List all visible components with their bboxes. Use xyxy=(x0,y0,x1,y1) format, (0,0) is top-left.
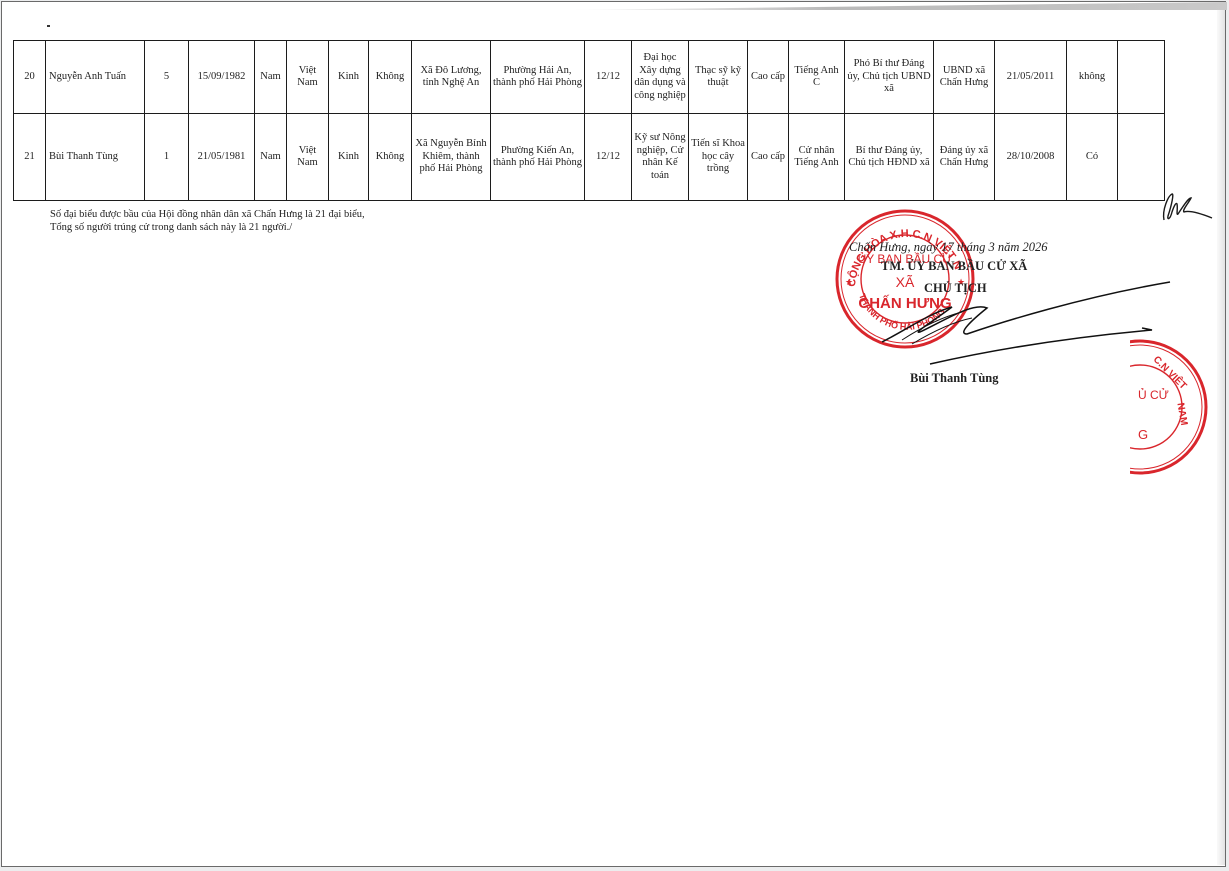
cell-note xyxy=(1118,41,1165,114)
cell-party-join-date: 21/05/2011 xyxy=(995,41,1067,114)
cell-party-join-date: 28/10/2008 xyxy=(995,114,1067,201)
cell-residence: Phường Kiến An, thành phố Hải Phòng xyxy=(491,114,585,201)
cell-religion: Không xyxy=(369,114,412,201)
svg-text:Ủ CỬ: Ủ CỬ xyxy=(1138,387,1169,402)
cell-position: Phó Bí thư Đảng ủy, Chủ tịch UBND xã xyxy=(845,41,934,114)
cell-nationality: Việt Nam xyxy=(287,41,329,114)
table-row: 20 Nguyễn Anh Tuấn 5 15/09/1982 Nam Việt… xyxy=(14,41,1165,114)
cell-residence: Phường Hải An, thành phố Hải Phòng xyxy=(491,41,585,114)
cell-academic-degree: Thạc sỹ kỹ thuật xyxy=(689,41,748,114)
cell-unit: 5 xyxy=(145,41,189,114)
summary-line-elected: Tổng số người trúng cử trong danh sách n… xyxy=(50,222,365,235)
cell-professional-education: Đại học Xây dựng dân dụng và công nghiệp xyxy=(632,41,689,114)
cell-dob: 21/05/1981 xyxy=(189,114,255,201)
place-and-date: Chấn Hưng, ngày 17 tháng 3 năm 2026 xyxy=(849,240,1047,255)
scan-mark xyxy=(47,25,50,27)
cell-general-education: 12/12 xyxy=(585,114,632,201)
cell-professional-education: Kỹ sư Nông nghiệp, Cử nhân Kế toán xyxy=(632,114,689,201)
table-row: 21 Bùi Thanh Tùng 1 21/05/1981 Nam Việt … xyxy=(14,114,1165,201)
cell-gender: Nam xyxy=(255,41,287,114)
scan-edge xyxy=(1217,10,1225,865)
cell-ethnicity: Kinh xyxy=(329,114,369,201)
cell-unit: 1 xyxy=(145,114,189,201)
cell-name: Bùi Thanh Tùng xyxy=(46,114,145,201)
cell-dob: 15/09/1982 xyxy=(189,41,255,114)
initials-signature-icon xyxy=(1158,190,1214,226)
summary-text: Số đại biểu được bầu của Hội đồng nhân d… xyxy=(50,209,365,234)
cell-ethnicity: Kinh xyxy=(329,41,369,114)
svg-text:G: G xyxy=(1138,427,1148,442)
cell-workplace: UBND xã Chấn Hưng xyxy=(934,41,995,114)
scan-shadow xyxy=(567,2,1227,10)
cell-council-delegate: Có xyxy=(1067,114,1118,201)
signer-name: Bùi Thanh Tùng xyxy=(910,371,999,386)
cell-religion: Không xyxy=(369,41,412,114)
cell-nationality: Việt Nam xyxy=(287,114,329,201)
cell-foreign-language: Tiếng Anh C xyxy=(789,41,845,114)
cell-foreign-language: Cử nhân Tiếng Anh xyxy=(789,114,845,201)
cell-note xyxy=(1118,114,1165,201)
cell-stt: 20 xyxy=(14,41,46,114)
cell-position: Bí thư Đảng ủy, Chủ tịch HĐND xã xyxy=(845,114,934,201)
cell-stt: 21 xyxy=(14,114,46,201)
cell-political-theory: Cao cấp xyxy=(748,114,789,201)
cell-name: Nguyễn Anh Tuấn xyxy=(46,41,145,114)
cell-hometown: Xã Nguyễn Bỉnh Khiêm, thành phố Hải Phòn… xyxy=(412,114,491,201)
cell-gender: Nam xyxy=(255,114,287,201)
cell-political-theory: Cao cấp xyxy=(748,41,789,114)
cell-workplace: Đảng ủy xã Chấn Hưng xyxy=(934,114,995,201)
handwritten-signature-icon xyxy=(842,272,1182,372)
svg-text:NAM: NAM xyxy=(1174,402,1189,426)
elected-delegates-table: 20 Nguyễn Anh Tuấn 5 15/09/1982 Nam Việt… xyxy=(13,40,1165,201)
document-page: 20 Nguyễn Anh Tuấn 5 15/09/1982 Nam Việt… xyxy=(1,1,1226,867)
summary-line-delegates: Số đại biểu được bầu của Hội đồng nhân d… xyxy=(50,209,365,222)
cell-general-education: 12/12 xyxy=(585,41,632,114)
cell-hometown: Xã Đô Lương, tỉnh Nghệ An xyxy=(412,41,491,114)
cell-council-delegate: không xyxy=(1067,41,1118,114)
cell-academic-degree: Tiến sĩ Khoa học cây trồng xyxy=(689,114,748,201)
